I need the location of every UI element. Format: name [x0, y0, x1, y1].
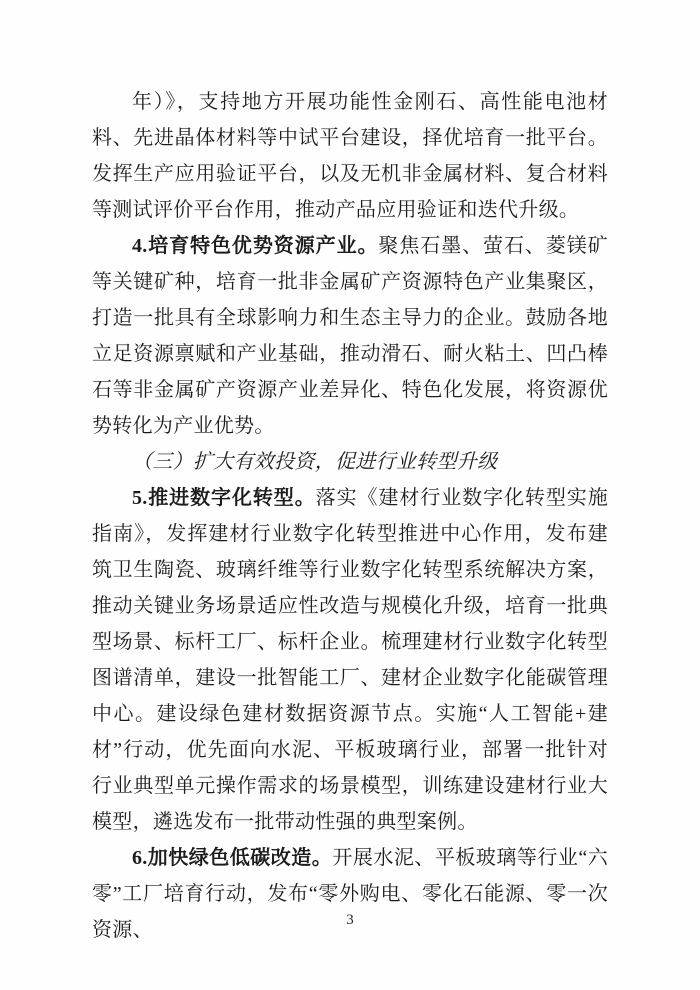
- paragraph-continuation: 年）》，支持地方开展功能性金刚石、高性能电池材料、先进晶体材料等中试平台建设，择…: [92, 84, 608, 228]
- paragraph-item-4-text: 聚焦石墨、萤石、菱镁矿等关键矿种，培育一批非金属矿产资源特色产业集聚区，打造一批…: [92, 235, 608, 437]
- section-3-heading: （三）扩大有效投资，促进行业转型升级: [92, 444, 608, 480]
- paragraph-item-5-text: 落实《建材行业数字化转型实施指南》，发挥建材行业数字化转型推进中心作用，发布建筑…: [92, 487, 608, 833]
- page-number: 3: [346, 912, 354, 928]
- section-3-heading-text: （三）扩大有效投资，促进行业转型升级: [132, 451, 497, 473]
- document-page: 年）》，支持地方开展功能性金刚石、高性能电池材料、先进晶体材料等中试平台建设，择…: [0, 0, 700, 990]
- page-footer: 3: [0, 910, 700, 930]
- paragraph-item-5: 5.推进数字化转型。落实《建材行业数字化转型实施指南》，发挥建材行业数字化转型推…: [92, 480, 608, 840]
- paragraph-item-5-lead: 5.推进数字化转型。: [132, 487, 316, 509]
- paragraph-item-6-lead: 6.加快绿色低碳改造。: [132, 847, 332, 869]
- paragraph-item-4-lead: 4.培育特色优势资源产业。: [132, 235, 378, 257]
- paragraph-item-6: 6.加快绿色低碳改造。开展水泥、平板玻璃等行业“六零”工厂培育行动，发布“零外购…: [92, 840, 608, 948]
- document-body: 年）》，支持地方开展功能性金刚石、高性能电池材料、先进晶体材料等中试平台建设，择…: [92, 84, 608, 948]
- paragraph-continuation-text: 年）》，支持地方开展功能性金刚石、高性能电池材料、先进晶体材料等中试平台建设，择…: [92, 91, 608, 221]
- paragraph-item-4: 4.培育特色优势资源产业。聚焦石墨、萤石、菱镁矿等关键矿种，培育一批非金属矿产资…: [92, 228, 608, 444]
